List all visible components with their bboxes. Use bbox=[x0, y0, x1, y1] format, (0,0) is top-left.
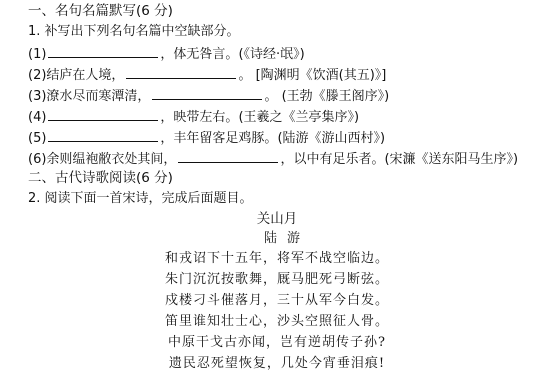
item-text-after: ，以中有足乐者。 bbox=[280, 152, 384, 167]
poem-title: 关山月 bbox=[0, 210, 554, 228]
item-source: (陆游《游山西村》) bbox=[277, 131, 385, 146]
item-number: (6) bbox=[28, 152, 46, 167]
poem-line: 戍楼刁斗催落月，三十从军今白发。 bbox=[0, 292, 554, 310]
answer-blank-6[interactable] bbox=[178, 149, 278, 163]
item-number: (5) bbox=[28, 131, 46, 146]
item-number: (1) bbox=[28, 47, 46, 62]
item-source: (王羲之《兰亭集序》) bbox=[238, 110, 359, 125]
poem-line: 中原干戈古亦闻，岂有逆胡传子孙? bbox=[0, 334, 554, 352]
section-2-heading: 二、古代诗歌阅读(6 分) bbox=[28, 169, 173, 187]
section-1-heading: 一、名句名篇默写(6 分) bbox=[28, 2, 173, 20]
poem-line: 朱门沉沉按歌舞，厩马肥死弓断弦。 bbox=[0, 271, 554, 289]
question-1-prompt: 1. 补写出下列名句名篇中空缺部分。 bbox=[28, 23, 240, 41]
fill-item-5: (5)，丰年留客足鸡豚。(陆游《游山西村》) bbox=[28, 128, 385, 148]
item-text-after: ，体无咎言。 bbox=[160, 47, 238, 62]
item-text-before: 潦水尽而寒潭清， bbox=[46, 89, 150, 104]
fill-item-3: (3)潦水尽而寒潭清，。 (王勃《滕王阁序》) bbox=[28, 86, 389, 106]
item-text-before: 结庐在人境， bbox=[46, 68, 124, 83]
poem-line: 笛里谁知壮士心，沙头空照征人骨。 bbox=[0, 313, 554, 331]
item-source: [陶渊明《饮酒(其五)》] bbox=[256, 68, 387, 83]
poem-line: 遗民忍死望恢复，几处今宵垂泪痕! bbox=[0, 355, 554, 373]
fill-item-6: (6)余则缊袍敝衣处其间，，以中有足乐者。(宋濂《送东阳马生序》) bbox=[28, 149, 518, 169]
question-2-prompt: 2. 阅读下面一首宋诗，完成后面题目。 bbox=[28, 190, 253, 208]
item-source: (王勃《滕王阁序》) bbox=[282, 89, 390, 104]
fill-item-2: (2)结庐在人境，。 [陶渊明《饮酒(其五)》] bbox=[28, 65, 386, 85]
fill-item-1: (1)，体无咎言。(《诗经·氓》) bbox=[28, 44, 305, 64]
fill-item-4: (4)，映带左右。(王羲之《兰亭集序》) bbox=[28, 107, 359, 127]
item-number: (2) bbox=[28, 68, 46, 83]
item-number: (3) bbox=[28, 89, 46, 104]
poem-line: 和戎诏下十五年，将军不战空临边。 bbox=[0, 250, 554, 268]
item-text-after: 。 bbox=[238, 68, 251, 83]
answer-blank-2[interactable] bbox=[126, 65, 236, 79]
item-text-after: ，丰年留客足鸡豚。 bbox=[160, 131, 277, 146]
poem-author: 陆游 bbox=[0, 230, 554, 248]
item-number: (4) bbox=[28, 110, 46, 125]
item-text-before: 余则缊袍敝衣处其间， bbox=[46, 152, 176, 167]
item-text-after: 。 bbox=[264, 89, 277, 104]
item-source: (宋濂《送东阳马生序》) bbox=[384, 152, 518, 167]
answer-blank-4[interactable] bbox=[48, 107, 158, 121]
item-source: (《诗经·氓》) bbox=[238, 47, 304, 62]
answer-blank-5[interactable] bbox=[48, 128, 158, 142]
item-text-after: ，映带左右。 bbox=[160, 110, 238, 125]
answer-blank-1[interactable] bbox=[48, 44, 158, 58]
answer-blank-3[interactable] bbox=[152, 86, 262, 100]
